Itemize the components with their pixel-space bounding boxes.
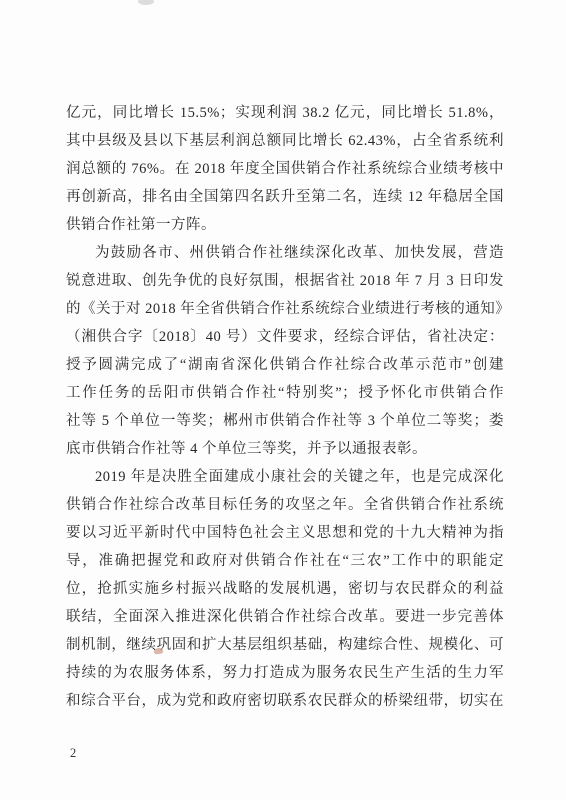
text-line: 再创新高，排名由全国第四名跃升至第二名，连续 12 年稳居全国 (66, 183, 504, 211)
paragraph: 为鼓励各市、州供销合作社继续深化改革、加快发展，营造锐意进取、创先争优的良好氛围… (66, 239, 504, 463)
text-line: 其中县级及县以下基层利润总额同比增长 62.43%，占全省系统利 (66, 127, 504, 155)
text-line: 的《关于对 2018 年全省供销合作社系统综合业绩进行考核的通知》 (66, 295, 504, 323)
text-line: （湘供合字〔2018〕40 号）文件要求，经综合评估，省社决定： (66, 323, 504, 351)
text-line: 供销合作社综合改革目标任务的攻坚之年。全省供销合作社系统 (66, 491, 504, 519)
document-page: 亿元，同比增长 15.5%；实现利润 38.2 亿元，同比增长 51.8%，其中… (0, 0, 566, 800)
text-line: 底市供销合作社等 4 个单位三等奖，并予以通报表彰。 (66, 435, 504, 463)
text-line: 工作任务的岳阳市供销合作社“特别奖”；授予怀化市供销合作 (66, 379, 504, 407)
text-line: 供销合作社第一方阵。 (66, 211, 504, 239)
text-line: 润总额的 76%。在 2018 年度全国供销合作社系统综合业绩考核中 (66, 155, 504, 183)
text-line: 联结，全面深入推进深化供销合作社综合改革。要进一步完善体 (66, 603, 504, 631)
scan-smudge-artifact (138, 0, 154, 5)
text-line: 锐意进取、创先争优的良好氛围，根据省社 2018 年 7 月 3 日印发 (66, 267, 504, 295)
page-number: 2 (70, 746, 76, 761)
text-line: 授予圆满完成了“湖南省深化供销合作社综合改革示范市”创建 (66, 351, 504, 379)
text-line: 要以习近平新时代中国特色社会主义思想和党的十九大精神为指 (66, 519, 504, 547)
text-line: 为鼓励各市、州供销合作社继续深化改革、加快发展，营造 (66, 239, 504, 267)
paragraph: 2019 年是决胜全面建成小康社会的关键之年，也是完成深化供销合作社综合改革目标… (66, 463, 504, 715)
text-line: 2019 年是决胜全面建成小康社会的关键之年，也是完成深化 (66, 463, 504, 491)
text-line: 制机制，继续巩固和扩大基层组织基础，构建综合性、规模化、可 (66, 631, 504, 659)
text-block: 亿元，同比增长 15.5%；实现利润 38.2 亿元，同比增长 51.8%，其中… (66, 99, 504, 715)
text-line: 持续的为农服务体系，努力打造成为服务农民生产生活的生力军 (66, 659, 504, 687)
text-line: 社等 5 个单位一等奖；郴州市供销合作社等 3 个单位二等奖；娄 (66, 407, 504, 435)
text-line: 亿元，同比增长 15.5%；实现利润 38.2 亿元，同比增长 51.8%， (66, 99, 504, 127)
text-line: 位，抢抓实施乡村振兴战略的发展机遇，密切与农民群众的利益 (66, 575, 504, 603)
paragraph: 亿元，同比增长 15.5%；实现利润 38.2 亿元，同比增长 51.8%，其中… (66, 99, 504, 239)
text-line: 和综合平台，成为党和政府密切联系农民群众的桥梁纽带，切实在 (66, 687, 504, 715)
text-line: 导，准确把握党和政府对供销合作社在“三农”工作中的职能定 (66, 547, 504, 575)
